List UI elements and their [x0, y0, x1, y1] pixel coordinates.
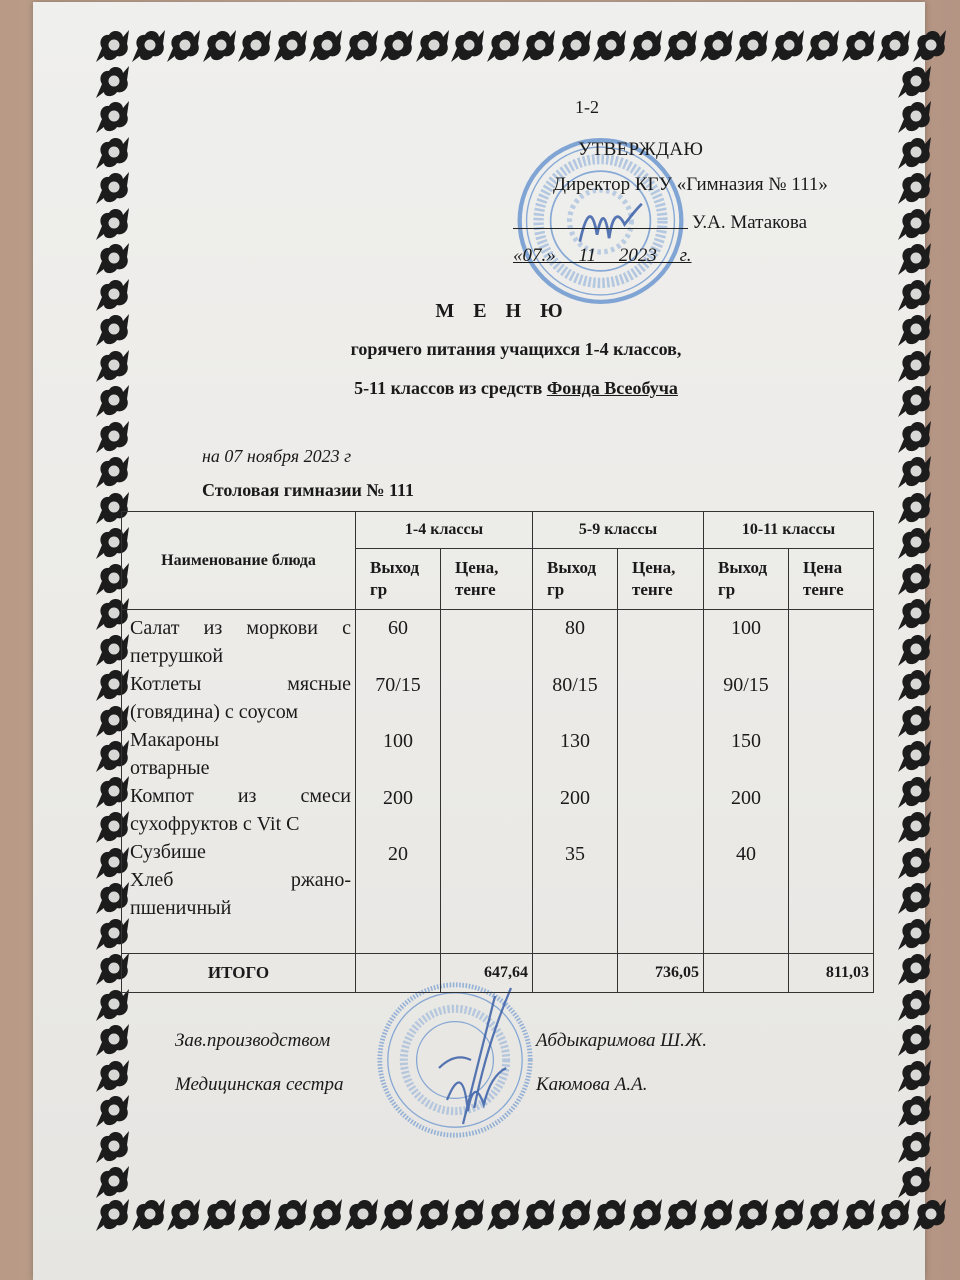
- header-line: Цена,: [632, 557, 703, 579]
- ornament-flower-icon: [909, 26, 949, 66]
- ornament-flower-icon: [199, 1195, 239, 1235]
- ornament-flower-icon: [767, 1195, 807, 1235]
- ornament-flower-icon: [696, 1195, 736, 1235]
- document-title: М Е Н Ю: [0, 300, 960, 323]
- ornament-flower-icon: [270, 1195, 310, 1235]
- total-yield-10-11: [704, 954, 789, 993]
- header-line: гр: [370, 579, 440, 601]
- ornament-flower-icon: [92, 1056, 132, 1096]
- ornament-flower-icon: [894, 949, 934, 989]
- dish-name: Котлеты мясные(говядина) с соусом: [130, 670, 351, 726]
- approval-date: «07.» 11 2023 г.: [513, 245, 692, 267]
- ornament-flower-icon: [838, 26, 878, 66]
- yield-value: 200: [704, 784, 788, 841]
- ornament-flower-icon: [894, 843, 934, 883]
- ornament-flower-icon: [894, 452, 934, 492]
- ornament-flower-icon: [894, 594, 934, 634]
- ornament-flower-icon: [894, 417, 934, 457]
- dish-name: Макароныотварные: [130, 726, 351, 782]
- dish-names: Салат из моркови спетрушкойКотлеты мясны…: [122, 610, 356, 954]
- dish-name: Салат из моркови спетрушкой: [130, 614, 351, 670]
- menu-date: на 07 ноября 2023 г: [202, 446, 351, 467]
- price-column: [618, 610, 704, 954]
- total-row: ИТОГО 647,64 736,05 811,03: [122, 954, 874, 993]
- ornament-flower-icon: [894, 239, 934, 279]
- dish-name-header: Наименование блюда: [122, 512, 356, 610]
- ornament-flower-icon: [894, 133, 934, 173]
- ornament-flower-icon: [92, 1020, 132, 1060]
- ornament-flower-icon: [894, 523, 934, 563]
- ornament-flower-icon: [894, 878, 934, 918]
- ornament-flower-icon: [92, 97, 132, 137]
- ornament-flower-icon: [447, 1195, 487, 1235]
- ornament-flower-icon: [894, 62, 934, 102]
- subtitle-prefix: 5-11 классов из средств: [354, 378, 547, 398]
- ornament-flower-icon: [696, 26, 736, 66]
- price-header: Цена,тенге: [618, 549, 704, 610]
- price-header: Ценатенге: [789, 549, 874, 610]
- ornament-flower-icon: [589, 1195, 629, 1235]
- ornament-flower-icon: [234, 1195, 274, 1235]
- group-header-5-9: 5-9 классы: [533, 512, 704, 549]
- dishes-row: Салат из моркови спетрушкойКотлеты мясны…: [122, 610, 874, 954]
- dish-name-line: Макароны: [130, 726, 351, 754]
- yield-value: 100: [356, 727, 440, 784]
- ornament-flower-icon: [894, 488, 934, 528]
- ornament-flower-icon: [894, 1162, 934, 1202]
- ornament-flower-icon: [554, 26, 594, 66]
- header-line: тенге: [803, 579, 873, 601]
- total-yield-5-9: [533, 954, 618, 993]
- ornament-flower-icon: [341, 26, 381, 66]
- group-header-1-4: 1-4 классы: [356, 512, 533, 549]
- header-line: Выход: [718, 557, 788, 579]
- ornament-flower-icon: [518, 1195, 558, 1235]
- fund-name: Фонда Всеобуча: [547, 378, 678, 398]
- ornament-flower-icon: [92, 417, 132, 457]
- ornament-flower-icon: [554, 1195, 594, 1235]
- ornament-flower-icon: [802, 1195, 842, 1235]
- ornament-flower-icon: [412, 26, 452, 66]
- header-line: Цена: [803, 557, 873, 579]
- signature-line: [513, 228, 688, 229]
- ornament-flower-icon: [128, 26, 168, 66]
- ornament-flower-icon: [894, 1091, 934, 1131]
- yield-value: 90/15: [704, 671, 788, 728]
- price-column: [441, 610, 533, 954]
- dish-name-line: Котлеты мясные: [130, 670, 351, 698]
- ornament-flower-icon: [731, 26, 771, 66]
- header-line: гр: [718, 579, 788, 601]
- dish-name: Сузбише: [130, 838, 351, 866]
- header-line: тенге: [632, 579, 703, 601]
- yield-value: 200: [356, 784, 440, 841]
- yield-column: 8080/1513020035: [533, 610, 618, 954]
- ornament-flower-icon: [92, 204, 132, 244]
- ornament-flower-icon: [589, 26, 629, 66]
- header-line: Выход: [547, 557, 617, 579]
- ornament-flower-icon: [412, 1195, 452, 1235]
- yield-value: 70/15: [356, 671, 440, 728]
- ornament-flower-icon: [92, 452, 132, 492]
- yield-value: 80: [533, 614, 617, 671]
- ornament-flower-icon: [92, 239, 132, 279]
- ornament-flower-icon: [660, 26, 700, 66]
- total-yield-1-4: [356, 954, 441, 993]
- ornament-flower-icon: [305, 26, 345, 66]
- dish-name-line: Хлеб ржано-: [130, 866, 351, 894]
- ornament-flower-icon: [894, 985, 934, 1025]
- yield-value: 20: [356, 840, 440, 897]
- ornament-flower-icon: [376, 26, 416, 66]
- header-line: Цена,: [455, 557, 532, 579]
- ornament-flower-icon: [894, 1127, 934, 1167]
- yield-value: [704, 897, 788, 954]
- ornament-flower-icon: [894, 630, 934, 670]
- yield-value: 130: [533, 727, 617, 784]
- group-header-10-11: 10-11 классы: [704, 512, 874, 549]
- ornament-flower-icon: [270, 26, 310, 66]
- dish-name-line: пшеничный: [130, 894, 351, 922]
- yield-value: 200: [533, 784, 617, 841]
- ornament-flower-icon: [483, 1195, 523, 1235]
- dish-name: Компот из смесисухофруктов с Vit C: [130, 782, 351, 838]
- approval-label: УТВЕРЖДАЮ: [578, 139, 703, 161]
- dish-name-line: Сузбише: [130, 838, 351, 866]
- dish-name-line: Компот из смеси: [130, 782, 351, 810]
- total-price-1-4: 647,64: [441, 954, 533, 993]
- ornament-flower-icon: [128, 1195, 168, 1235]
- director-name: У.А. Матакова: [692, 212, 807, 234]
- ornament-flower-icon: [894, 807, 934, 847]
- ornament-flower-icon: [376, 1195, 416, 1235]
- dish-name-line: Салат из моркови с: [130, 614, 351, 642]
- director-title: Директор КГУ «Гимназия № 111»: [553, 174, 828, 196]
- ornament-flower-icon: [447, 26, 487, 66]
- yield-value: 80/15: [533, 671, 617, 728]
- yield-header: Выходгр: [533, 549, 618, 610]
- staff-role-nurse: Медицинская сестра: [175, 1074, 344, 1096]
- header-line: тенге: [455, 579, 532, 601]
- ornament-flower-icon: [894, 665, 934, 705]
- dish-name-line: (говядина) с соусом: [130, 698, 351, 726]
- ornament-flower-icon: [625, 1195, 665, 1235]
- ornament-flower-icon: [894, 559, 934, 599]
- header-line: Выход: [370, 557, 440, 579]
- dish-name-line: отварные: [130, 754, 351, 782]
- ornament-flower-icon: [305, 1195, 345, 1235]
- document-subtitle-1: горячего питания учащихся 1-4 классов,: [0, 339, 960, 360]
- yield-value: 60: [356, 614, 440, 671]
- ornament-flower-icon: [894, 204, 934, 244]
- ornament-flower-icon: [894, 97, 934, 137]
- ornament-flower-icon: [92, 168, 132, 208]
- page-number: 1-2: [575, 97, 599, 118]
- dish-name: Хлеб ржано-пшеничный: [130, 866, 351, 922]
- yield-column: 6070/1510020020: [356, 610, 441, 954]
- ornament-flower-icon: [894, 914, 934, 954]
- ornament-flower-icon: [92, 1091, 132, 1131]
- staff-role-production-head: Зав.производством: [175, 1030, 330, 1052]
- yield-value: 40: [704, 840, 788, 897]
- dish-name-line: петрушкой: [130, 642, 351, 670]
- menu-table: Наименование блюда 1-4 классы 5-9 классы…: [121, 511, 874, 993]
- ornament-flower-icon: [92, 62, 132, 102]
- staff-name-nurse: Каюмова А.А.: [536, 1074, 648, 1096]
- ornament-flower-icon: [660, 1195, 700, 1235]
- yield-header: Выходгр: [356, 549, 441, 610]
- canteen-name: Столовая гимназии № 111: [202, 480, 414, 501]
- ornament-flower-icon: [731, 1195, 771, 1235]
- yield-value: [356, 897, 440, 954]
- ornament-flower-icon: [341, 1195, 381, 1235]
- document-subtitle-2: 5-11 классов из средств Фонда Всеобуча: [0, 378, 960, 399]
- yield-value: [533, 897, 617, 954]
- ornament-flower-icon: [894, 1020, 934, 1060]
- ornament-flower-icon: [894, 701, 934, 741]
- yield-header: Выходгр: [704, 549, 789, 610]
- ornament-flower-icon: [838, 1195, 878, 1235]
- ornament-flower-icon: [163, 26, 203, 66]
- ornament-flower-icon: [92, 133, 132, 173]
- ornament-flower-icon: [802, 26, 842, 66]
- ornament-flower-icon: [92, 26, 132, 66]
- dish-name-line: сухофруктов с Vit C: [130, 810, 351, 838]
- ornament-flower-icon: [234, 26, 274, 66]
- total-price-5-9: 736,05: [618, 954, 704, 993]
- yield-value: 150: [704, 727, 788, 784]
- price-header: Цена,тенге: [441, 549, 533, 610]
- ornament-flower-icon: [518, 26, 558, 66]
- total-label: ИТОГО: [122, 954, 356, 993]
- yield-value: 100: [704, 614, 788, 671]
- yield-column: 10090/1515020040: [704, 610, 789, 954]
- ornament-flower-icon: [92, 1162, 132, 1202]
- ornament-flower-icon: [894, 772, 934, 812]
- header-line: гр: [547, 579, 617, 601]
- ornament-flower-icon: [92, 1127, 132, 1167]
- price-column: [789, 610, 874, 954]
- ornament-flower-icon: [625, 26, 665, 66]
- ornament-flower-icon: [199, 26, 239, 66]
- ornament-flower-icon: [873, 26, 913, 66]
- ornament-flower-icon: [767, 26, 807, 66]
- total-price-10-11: 811,03: [789, 954, 874, 993]
- ornament-flower-icon: [163, 1195, 203, 1235]
- ornament-flower-icon: [894, 736, 934, 776]
- staff-name-production-head: Абдыкаримова Ш.Ж.: [536, 1030, 707, 1052]
- ornament-flower-icon: [483, 26, 523, 66]
- yield-value: 35: [533, 840, 617, 897]
- ornament-flower-icon: [894, 168, 934, 208]
- ornament-flower-icon: [894, 1056, 934, 1096]
